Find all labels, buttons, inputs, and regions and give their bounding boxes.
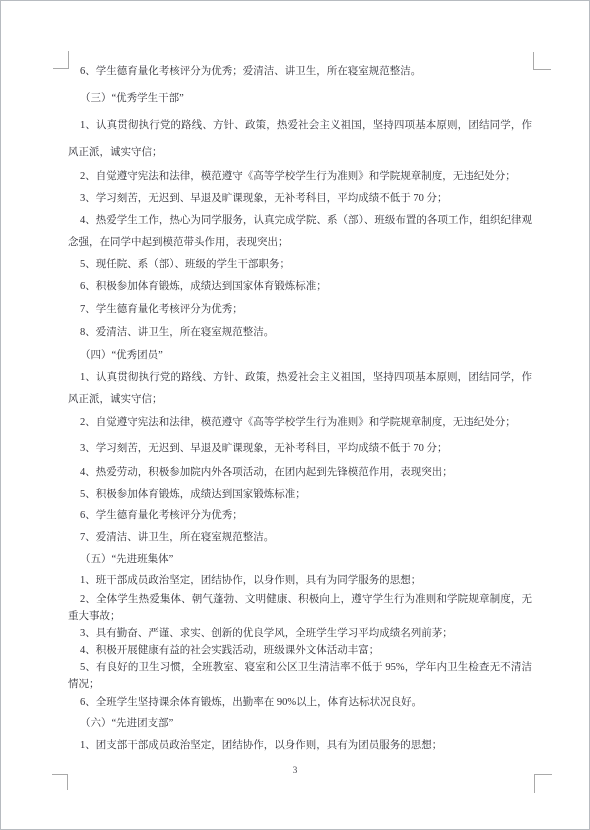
- paragraph-s3-item-2: 2、自觉遵守宪法和法律，模范遵守《高等学校学生行为准则》和学院规章制度，无违纪处…: [68, 166, 532, 188]
- paragraph-s4-item-3: 3、学习刻苦，无迟到、早退及旷课现象，无补考科目，平均成绩不低于 70 分；: [68, 435, 532, 462]
- document-page: 6、学生德育量化考核评分为优秀；爱清洁、讲卫生，所在寝室规范整洁。 （三）“优秀…: [0, 0, 590, 830]
- paragraph-s5-item-4: 4、积极开展健康有益的社会实践活动，班级课外文体活动丰富；: [68, 642, 532, 659]
- section-heading-3: （三）“优秀学生干部”: [68, 85, 532, 112]
- paragraph-s3-item-5: 5、现任院、系（部）、班级的学生干部职务；: [68, 254, 532, 276]
- paragraph-s4-item-7: 7、爱清洁、讲卫生，所在寝室规范整洁。: [68, 526, 532, 549]
- section-heading-6: （六）“先进团支部”: [68, 713, 532, 734]
- paragraph-s4-item-1: 1、认真贯彻执行党的路线、方针、政策，热爱社会主义祖国，坚持四项基本原则，团结同…: [68, 367, 532, 411]
- paragraph-s5-item-5: 5、有良好的卫生习惯，全班教室、寝室和公区卫生清洁率不低于 95%，学年内卫生检…: [68, 659, 532, 693]
- paragraph-s3-item-8: 8、爱清洁、讲卫生，所在寝室规范整洁。: [68, 321, 532, 345]
- paragraph-intro-item-6: 6、学生德育量化考核评分为优秀；爱清洁、讲卫生，所在寝室规范整洁。: [68, 58, 532, 85]
- crop-mark-bottom-right-icon: [534, 774, 552, 793]
- paragraph-s3-item-6: 6、积极参加体育锻炼，成绩达到国家体育锻炼标准；: [68, 276, 532, 298]
- paragraph-s4-item-2: 2、自觉遵守宪法和法律，模范遵守《高等学校学生行为准则》和学院规章制度，无违纪处…: [68, 411, 532, 435]
- paragraph-s3-item-4: 4、热爱学生工作，热心为同学服务，认真完成学院、系（部）、班级布置的各项工作，组…: [68, 210, 532, 254]
- paragraph-s3-item-3: 3、学习刻苦，无迟到、早退及旷课现象，无补考科目，平均成绩不低于 70 分；: [68, 188, 532, 210]
- crop-mark-bottom-left-icon: [52, 774, 68, 790]
- section-heading-5: （五）“先进班集体”: [68, 549, 532, 570]
- crop-mark-top-right-icon: [533, 52, 551, 70]
- paragraph-s3-item-1: 1、认真贯彻执行党的路线、方针、政策，热爱社会主义祖国，坚持四项基本原则，团结同…: [68, 112, 532, 166]
- page-number: 3: [1, 766, 589, 776]
- paragraph-s5-item-3: 3、具有勤奋、严谨、求实、创新的优良学风，全班学生学习平均成绩名列前茅；: [68, 625, 532, 642]
- paragraph-s4-item-5: 5、积极参加体育锻炼，成绩达到国家锻炼标准；: [68, 484, 532, 506]
- section-heading-4: （四）“优秀团员”: [68, 345, 532, 367]
- paragraph-s5-item-2: 2、全体学生热爱集体、朝气蓬勃、文明健康、积极向上，遵守学生行为准则和学院规章制…: [68, 591, 532, 625]
- document-body: 6、学生德育量化考核评分为优秀；爱清洁、讲卫生，所在寝室规范整洁。 （三）“优秀…: [68, 58, 532, 757]
- paragraph-s5-item-1: 1、班干部成员政治坚定，团结协作，以身作则，具有为同学服务的思想；: [68, 570, 532, 591]
- paragraph-s3-item-7: 7、学生德育量化考核评分为优秀；: [68, 298, 532, 321]
- paragraph-s4-item-6: 6、学生德育量化考核评分为优秀；: [68, 506, 532, 526]
- crop-mark-top-left-icon: [53, 51, 69, 69]
- paragraph-s4-item-4: 4、热爱劳动，积极参加院内外各项活动，在团内起到先锋模范作用，表现突出；: [68, 462, 532, 484]
- paragraph-s5-item-6: 6、全班学生坚持课余体育锻炼，出勤率在 90%以上，体育达标状况良好。: [68, 693, 532, 713]
- paragraph-s6-item-1: 1、团支部干部成员政治坚定，团结协作，以身作则，具有为团员服务的思想；: [68, 734, 532, 757]
